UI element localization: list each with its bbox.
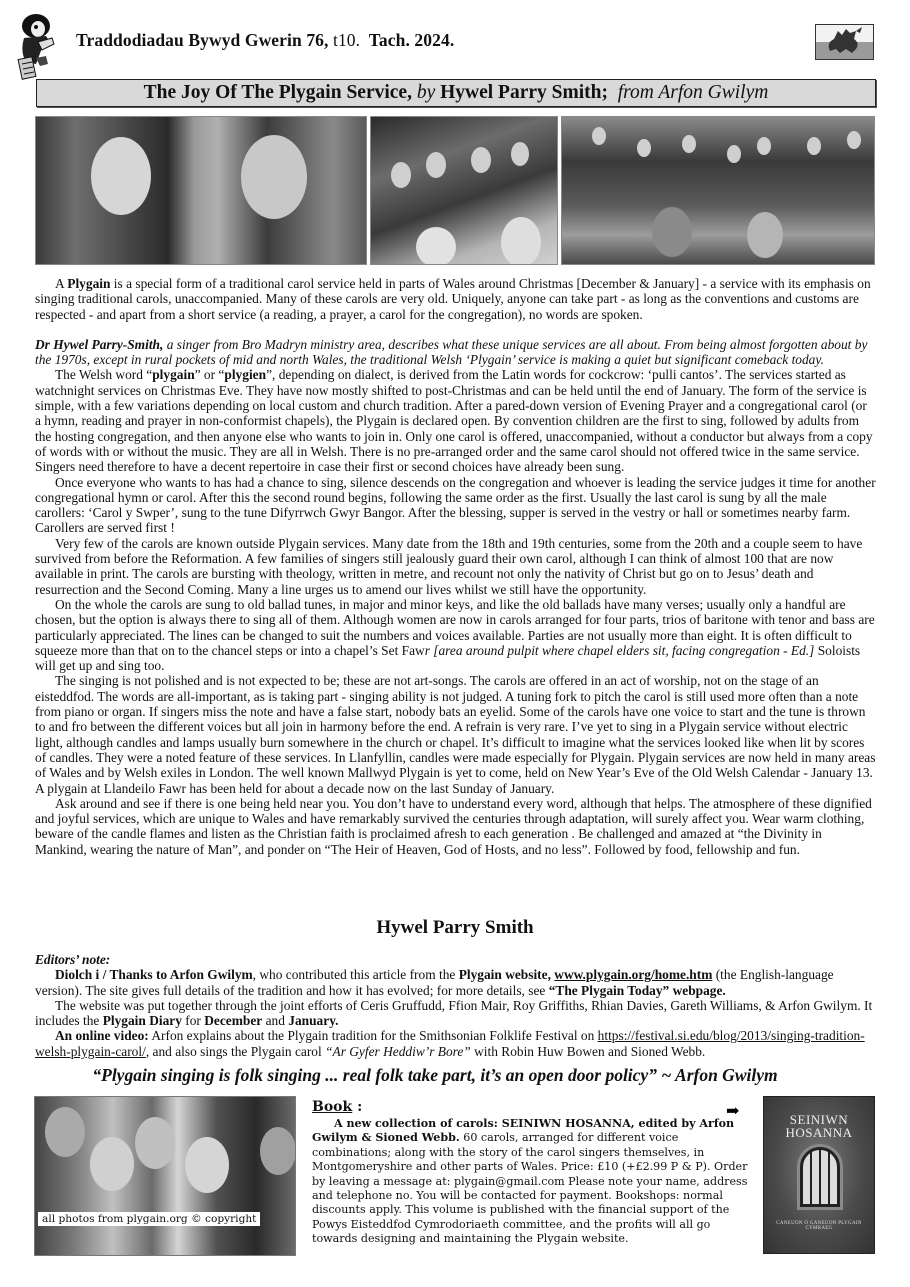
- article-body: A Plygain is a special form of a traditi…: [35, 276, 876, 857]
- article-paragraph: The singing is not polished and is not e…: [35, 673, 876, 795]
- author-signature: Hywel Parry Smith: [0, 917, 910, 939]
- article-paragraph: A Plygain is a special form of a traditi…: [35, 276, 876, 322]
- editors-note-paragraph: Diolch i / Thanks to Arfon Gwilym, who c…: [35, 967, 876, 998]
- pull-quote: “Plygain singing is folk singing ... rea…: [0, 1065, 870, 1086]
- editors-note-heading: Editors’ note:: [35, 952, 876, 967]
- book-heading: Book :: [312, 1097, 757, 1117]
- editors-note: Editors’ note: Diolch i / Thanks to Arfo…: [35, 952, 876, 1059]
- issue-date: Tach. 2024.: [369, 30, 455, 50]
- article-intro: Dr Hywel Parry-Smith, a singer from Bro …: [35, 337, 876, 368]
- article-source: from Arfon Gwilym: [618, 82, 769, 103]
- editors-note-paragraph: The website was put together through the…: [35, 998, 876, 1029]
- book-promo: Book : A new collection of carols: SEINI…: [312, 1097, 757, 1247]
- page-header: Traddodiadau Bywyd Gwerin 76, t10. Tach.…: [0, 0, 910, 80]
- welsh-dragon-flag-icon: [815, 24, 874, 60]
- page-number: t10.: [333, 30, 360, 50]
- photo-two-singers: [35, 116, 367, 265]
- photo-copyright-caption: all photos from plygain.org © copyright: [38, 1212, 260, 1226]
- article-title: The Joy Of The Plygain Service, by Hywel…: [36, 79, 876, 107]
- article-paragraph: The Welsh word “plygain” or “plygien”, d…: [35, 367, 876, 474]
- article-paragraph: Ask around and see if there is one being…: [35, 796, 876, 857]
- article-title-by: by: [417, 82, 435, 103]
- book-cover-subtitle: CANEUON O GANEUON PLYGAIN CYMRAEG: [764, 1221, 874, 1231]
- editors-note-paragraph: An online video: Arfon explains about th…: [35, 1028, 876, 1059]
- photo-choir: [370, 116, 558, 265]
- publication-header: Traddodiadau Bywyd Gwerin 76, t10. Tach.…: [76, 30, 454, 51]
- photo-group-singing: all photos from plygain.org © copyright: [34, 1096, 296, 1256]
- article-paragraph: On the whole the carols are sung to old …: [35, 597, 876, 673]
- book-cover-title: SEINIWN HOSANNA: [764, 1113, 874, 1139]
- folk-singer-logo-icon: [12, 12, 58, 80]
- publication-name: Traddodiadau Bywyd Gwerin 76,: [76, 30, 329, 50]
- book-description: A new collection of carols: SEINIWN HOSA…: [312, 1117, 757, 1247]
- article-paragraph: Very few of the carols are known outside…: [35, 536, 876, 597]
- article-title-main: The Joy Of The Plygain Service,: [144, 82, 412, 103]
- photo-carol-singers: [561, 116, 875, 265]
- plygain-website-link[interactable]: www.plygain.org/home.htm: [554, 967, 712, 982]
- arrow-right-icon: ➡: [726, 1103, 739, 1119]
- gothic-window-icon: [800, 1147, 840, 1207]
- article-author: Hywel Parry Smith;: [440, 82, 608, 103]
- article-paragraph: Once everyone who wants to has had a cha…: [35, 475, 876, 536]
- book-cover-image: SEINIWN HOSANNA CANEUON O GANEUON PLYGAI…: [763, 1096, 875, 1254]
